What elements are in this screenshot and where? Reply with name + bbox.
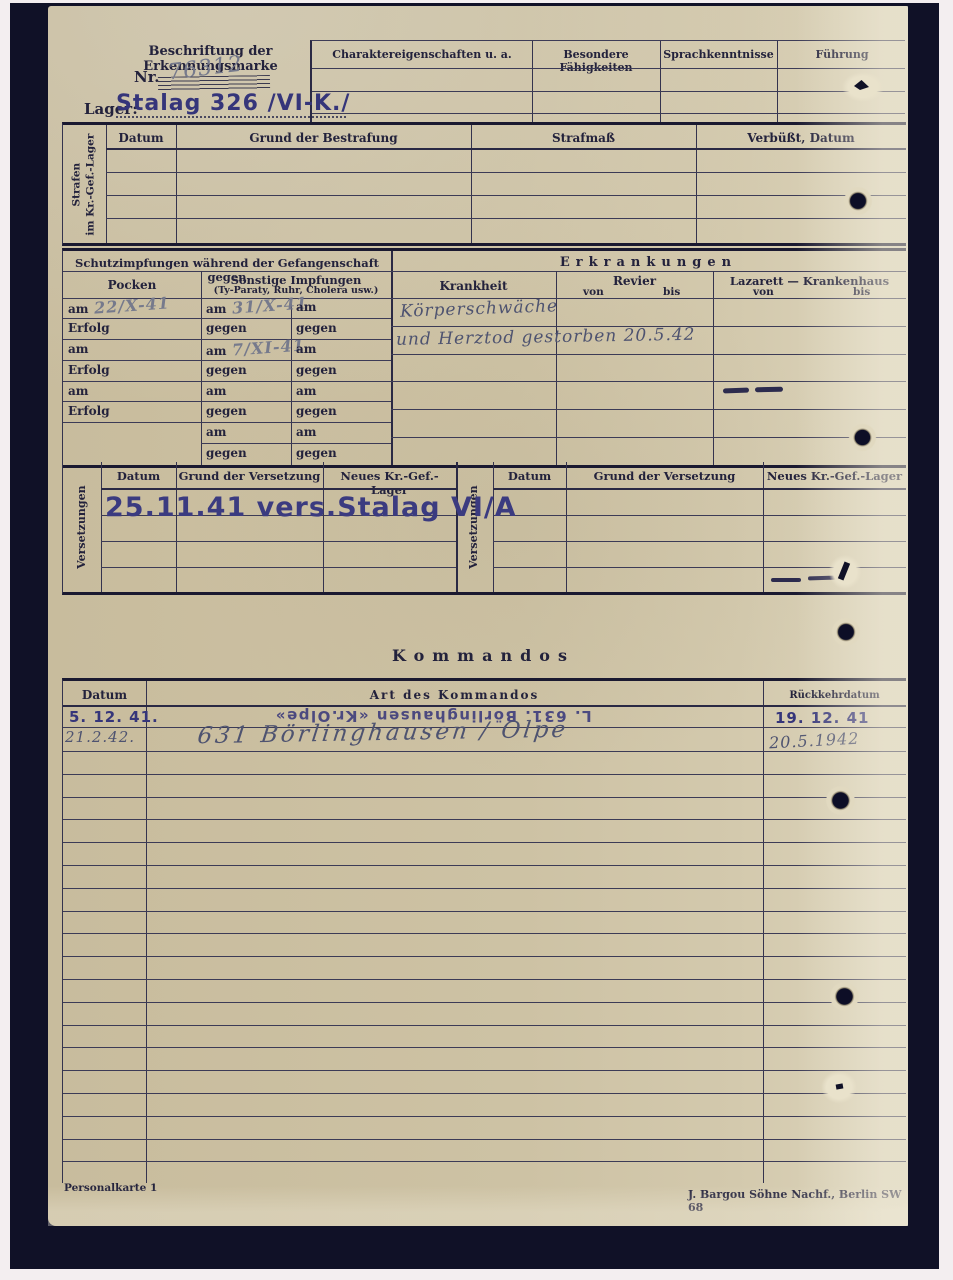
empty-row — [312, 92, 905, 114]
row-label: am — [296, 425, 316, 439]
empty-row — [391, 382, 906, 410]
empty-row — [106, 196, 906, 219]
empty-row — [391, 410, 906, 438]
ruled-line — [63, 819, 906, 820]
traits-col-fuehrung: Führung — [777, 48, 907, 61]
impfung-row: am — [201, 382, 291, 403]
ruled-line — [63, 888, 906, 889]
ruled-line — [63, 842, 906, 843]
strafen-col-verbuesst: Verbüßt, Datum — [696, 131, 906, 145]
ruled-line — [63, 774, 906, 775]
impfung-row: am — [63, 340, 201, 361]
row-label: Erfolg — [68, 404, 110, 418]
empty-row — [312, 69, 905, 92]
row-label: Erfolg — [68, 321, 110, 335]
traits-table: Charaktereigenschaften u. a. Besondere F… — [310, 40, 905, 122]
dash-mark — [755, 387, 783, 392]
kommando-row1-datum: 5. 12. 41. — [69, 708, 159, 726]
row-label: am — [206, 344, 226, 358]
punch-hole — [822, 782, 859, 819]
kommandos-title: Kommandos — [62, 646, 905, 665]
impfung-row: gegen — [291, 361, 391, 382]
impfung-row: am — [291, 340, 391, 361]
ruled-line — [63, 956, 906, 957]
versetzungen-right-col-neues: Neues Kr.-Gef.-Lager — [763, 469, 906, 483]
strafen-rows — [106, 148, 906, 243]
empty-row — [101, 568, 456, 594]
kommandos-col-rueckkehr: Rückkehrdatum — [763, 690, 906, 701]
row-label: gegen — [206, 363, 247, 377]
empty-row — [106, 173, 906, 196]
empty-row — [106, 219, 906, 242]
kommando-row2-art-handwritten: 631 Börlinghausen / Olpe — [196, 717, 570, 749]
impfung-row: am22/X-41 — [63, 298, 201, 319]
traits-rows — [312, 68, 905, 123]
strafen-side-label: Strafen im Kr.-Gef.-Lager — [70, 130, 97, 240]
footer-printer: J. Bargou Söhne Nachf., Berlin SW 68 — [688, 1188, 908, 1214]
lazarett-von-label: von — [753, 286, 774, 298]
kommando-row2-datum: 21.2.42. — [65, 728, 135, 746]
section-strafen: Strafen im Kr.-Gef.-Lager Datum Grund de… — [62, 122, 906, 246]
impfung-row: am — [63, 382, 201, 403]
ruled-line — [63, 1116, 906, 1117]
row-label: am — [68, 302, 88, 316]
scanned-document: Beschriftung der Erkennungsmarke Nr. 763… — [0, 0, 953, 1280]
revier-bis-label: bis — [663, 286, 680, 298]
erkrankungen-rows — [391, 298, 906, 465]
strafen-col-datum: Datum — [106, 131, 176, 145]
footer-form-name: Personalkarte 1 — [64, 1182, 157, 1194]
row-label: gegen — [296, 321, 337, 335]
kommandos-table: Datum Art des Kommandos Rückkehrdatum 5.… — [62, 678, 906, 1183]
row-label: gegen — [206, 404, 247, 418]
empty-row — [493, 490, 906, 516]
kommando-row1-rueckkehrdatum: 19. 12. 41 — [775, 709, 869, 727]
kommandos-col-datum: Datum — [63, 688, 146, 702]
row-label: am — [296, 384, 316, 398]
row-label: am — [68, 342, 88, 356]
kommandos-col-art: Art des Kommandos — [146, 688, 763, 702]
row-label: gegen — [206, 446, 247, 460]
row-label: am — [68, 384, 88, 398]
ruled-line — [63, 1025, 906, 1026]
erkrankungen-col-revier: Revier — [556, 274, 713, 288]
impfung-row: Erfolg — [63, 319, 201, 340]
erkrankungen-col-krankheit: Krankheit — [391, 279, 556, 293]
traits-col-charakter: Charaktereigenschaften u. a. — [312, 48, 532, 61]
empty-row — [493, 516, 906, 542]
personalkarte-card: Beschriftung der Erkennungsmarke Nr. 763… — [48, 6, 908, 1226]
versetzungen-right-col-datum: Datum — [493, 469, 566, 483]
strafen-col-grund: Grund der Bestrafung — [176, 131, 471, 145]
impfung-row: am — [291, 298, 391, 319]
impfung-row: am — [291, 423, 391, 444]
impfung-row: am — [291, 382, 391, 403]
ruled-line — [63, 1002, 906, 1003]
kommando-row2-rueckkehrdatum: 20.5.1942 — [769, 729, 860, 753]
empty-row — [101, 542, 456, 568]
versetzungen-right-col-grund: Grund der Versetzung — [566, 469, 763, 483]
pocken-rows: am22/X-41 Erfolg am Erfolg am Erfolg — [63, 298, 201, 423]
ruled-line — [63, 865, 906, 866]
lager-stamp: Stalag 326 /VI-K./ — [116, 91, 350, 116]
erkrankungen-title: Erkrankungen — [391, 255, 906, 270]
divider — [456, 462, 458, 592]
ruled-line — [63, 1047, 906, 1048]
pocken-header: Pocken — [63, 278, 201, 292]
punch-hole — [845, 420, 880, 455]
impfung-row: gegen — [291, 319, 391, 340]
ruled-line — [63, 933, 906, 934]
ruled-line — [63, 797, 906, 798]
ruled-line — [63, 1093, 906, 1094]
versetzungen-side-label-left: Versetzungen — [75, 482, 89, 572]
impfung-row: gegen — [291, 402, 391, 423]
dash-mark — [771, 578, 801, 582]
row-label: am — [206, 425, 226, 439]
impfung-row: Erfolg — [63, 361, 201, 382]
sonstige-col2-rows: am gegen am gegen am gegen am gegen — [291, 298, 391, 465]
ruled-line — [63, 1139, 906, 1140]
ruled-line — [63, 979, 906, 980]
impfung-row: Erfolg — [63, 402, 201, 423]
impfung-row: am7/XI-41 — [201, 340, 291, 361]
strafen-col-strafmass: Strafmaß — [471, 131, 696, 145]
row-value: 22/X-41 — [94, 293, 171, 317]
impfung-row: gegen — [201, 361, 291, 382]
erkrankungen-col-lazarett: Lazarett — Krankenhaus — [713, 274, 906, 288]
revier-von-label: von — [583, 286, 604, 298]
divider — [763, 681, 764, 1183]
ruled-line — [63, 1070, 906, 1071]
punch-hole — [828, 614, 864, 650]
sonstige-col1-rows: am31/X-41 gegen am7/XI-41 gegen am gegen… — [201, 298, 291, 465]
ruled-line — [63, 911, 906, 912]
punch-hole — [826, 978, 863, 1015]
divider — [146, 681, 147, 1183]
row-label: gegen — [206, 321, 247, 335]
empty-row — [391, 355, 906, 383]
lazarett-bis-label: bis — [853, 286, 870, 298]
dash-mark — [723, 388, 749, 394]
empty-row — [106, 150, 906, 173]
row-label: gegen — [296, 446, 337, 460]
section-versetzungen: Versetzungen Versetzungen Datum Grund de… — [62, 462, 906, 595]
row-label: Erfolg — [68, 363, 110, 377]
row-label: am — [206, 302, 226, 316]
row-label: am — [296, 342, 316, 356]
row-label: gegen — [296, 363, 337, 377]
row-label: gegen — [296, 404, 337, 418]
impfung-row: am31/X-41 — [201, 298, 291, 319]
nr-label: Nr. — [134, 68, 159, 86]
strafen-side-label-line1: Strafen — [70, 163, 82, 207]
row-label: am — [296, 300, 316, 314]
row-label: am — [206, 384, 226, 398]
traits-col-sprachen: Sprachkenntnisse — [660, 48, 777, 61]
ruled-line — [63, 1161, 906, 1162]
versetzungen-left-col-grund: Grund der Versetzung — [176, 469, 323, 483]
strafen-side-label-line2: im Kr.-Gef.-Lager — [84, 134, 96, 236]
impfung-row: gegen — [201, 402, 291, 423]
section-impfungen-erkrankungen: Schutzimpfungen während der Gefangenscha… — [62, 248, 906, 468]
versetzungen-left-col-datum: Datum — [101, 469, 176, 483]
punch-hole — [840, 183, 876, 219]
impfung-row: am — [201, 423, 291, 444]
versetzung-stamp: 25.11.41 vers.Stalag VI/A — [105, 492, 517, 523]
